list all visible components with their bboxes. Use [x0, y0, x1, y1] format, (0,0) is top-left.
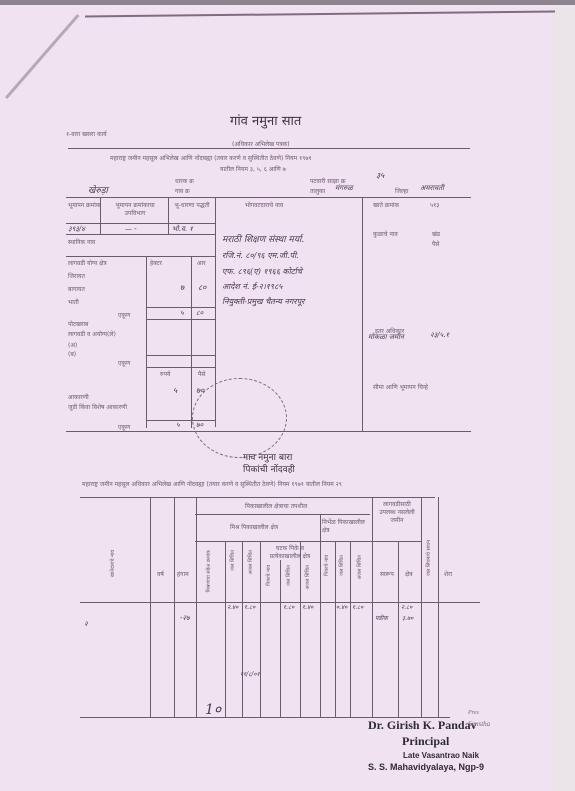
- area-row-1: जिरायत: [68, 272, 85, 280]
- account-no-value: ५१३: [430, 201, 439, 209]
- village-label: गाव क्र: [175, 187, 190, 195]
- left-label: १-वारा खसरा कार्य: [66, 130, 107, 138]
- grid-line: [350, 541, 351, 717]
- other-rights-value: मोकळा जमीन: [368, 333, 404, 342]
- page-fold: [5, 14, 79, 99]
- total-label: एकूण: [118, 311, 130, 319]
- occupant-header: भोगवटदाराचे नाव: [245, 201, 283, 209]
- subdivision-header: भूमापन क्रमांकाचा उपविभाग: [105, 201, 165, 217]
- row-note: २: [84, 620, 88, 629]
- page-edge: [553, 0, 575, 791]
- other-rights-fraction: २३/५.१: [430, 331, 449, 340]
- kh-label: खंड: [432, 230, 440, 238]
- rupees-label: रुपये: [160, 370, 170, 378]
- scanned-document: गांव नमुना सात १-वारा खसरा कार्य (अधिकार…: [0, 0, 575, 791]
- grid-line: [150, 497, 151, 717]
- area-header: लागवडी योग्य क्षेत्र: [68, 259, 107, 267]
- grid-line: [242, 541, 243, 717]
- row-v3: १.८०: [283, 603, 294, 611]
- grid-line: [421, 497, 422, 717]
- col-area: क्षेत्र: [405, 570, 413, 578]
- total-ha: ५: [180, 309, 184, 318]
- col-unirrigated-2: अजल सिंचित: [305, 565, 311, 590]
- occupant-line-3: एफ. ८९६(ए) १९६६ कोर्टाचे: [222, 266, 302, 277]
- signatory-title: Principal: [402, 734, 449, 749]
- survey-no-header: भूमापन क्रमांक: [68, 201, 100, 209]
- section7-top-rule: [66, 197, 471, 198]
- pot-kharab-b: (ब): [68, 350, 76, 358]
- occupant-line-4: आदेश नं. ई-२।१९८५: [222, 281, 282, 292]
- handwriting-mark: 1०: [205, 700, 221, 719]
- grid-line: [168, 197, 169, 234]
- final-total-rs: ५: [176, 421, 180, 430]
- taluka-value: मंगरुळ: [335, 184, 353, 193]
- grid-line: [362, 197, 363, 432]
- grid-line: [146, 307, 216, 308]
- section12-rule-line: महाराष्ट्र जमीन महसूल अधिकार अभिलेख आणि …: [82, 480, 342, 488]
- khata-label: धारक क्र: [175, 177, 194, 185]
- official-stamp: [192, 378, 287, 458]
- grid-line: [174, 497, 175, 717]
- district-value: अमरावती: [420, 184, 444, 193]
- taluka-label: तालुका: [310, 187, 325, 195]
- col-season: हंगाम: [177, 570, 189, 578]
- org-line-1: Late Vasantrao Naik: [403, 751, 479, 760]
- col-unirrigated-1: अजल सिंचित: [248, 550, 254, 575]
- row-v5: ०.४०: [336, 603, 347, 611]
- occupant-line-2: रजि.नं. ८०/९६ एम.जी.पी.: [222, 250, 299, 261]
- grid-line: [225, 541, 226, 717]
- grid-line: [335, 541, 336, 717]
- footnote-date: ११/८/०१: [240, 670, 260, 678]
- org-line-2: S. S. Mahavidyalaya, Ngp-9: [368, 762, 484, 772]
- area-ha-value: ७: [180, 282, 184, 293]
- col-nature: स्वरूप: [380, 570, 394, 578]
- pure-header: निर्भेळ पिकाखालील क्षेत्र: [322, 518, 370, 534]
- col-mix-code: मिश्रणाचा संकेत क्रमांक: [206, 550, 212, 592]
- uncult-header: लागवडीसाठी उपलब्ध नसलेली जमीन: [375, 500, 419, 524]
- tenant-label: कुळाचे नाव: [373, 230, 398, 238]
- row-v6: १.८०: [352, 603, 363, 611]
- signatory-name: Dr. Girish K. Pandav: [368, 718, 477, 733]
- overflow-prefix: Pres: [468, 710, 479, 716]
- col-remarks: शेरा: [444, 570, 452, 578]
- section12-top-rule: [80, 497, 435, 498]
- col-crop-1: पिकाचे नाव: [266, 565, 272, 586]
- pot-kharab-a: (अ): [68, 341, 77, 349]
- area-row-3: भाती: [68, 298, 79, 306]
- col-crop-2: पिकाचे नाव: [324, 555, 330, 576]
- grid-line: [300, 541, 301, 717]
- row-v2: १.८०: [244, 603, 255, 611]
- grid-line: [146, 256, 147, 428]
- row-nature: पडीक: [375, 614, 388, 622]
- top-rule: [85, 11, 555, 18]
- grid-line: [195, 514, 370, 515]
- pot-kharab-label: पोटखराब: [68, 320, 88, 328]
- grid-line: [191, 256, 192, 428]
- tenure-header: भू-धारणा पद्धती: [172, 201, 212, 209]
- component-header: घटक पिके व प्रत्येकाखालील क्षेत्र: [262, 544, 318, 560]
- rule-line-2: यातील नियम ३, ५, ६ आणि ७: [220, 165, 286, 173]
- rule-line-1: महाराष्ट्र जमीन महसूल अभिलेख आणि नोंदवह्…: [110, 154, 312, 162]
- grid-line: [146, 319, 216, 320]
- pot-kharab-sub: लागवडी व अयोग्य(ले): [68, 330, 116, 338]
- col-year: वर्ष: [157, 570, 164, 578]
- paise-label: पैसे: [198, 370, 205, 378]
- grid-line: [438, 497, 439, 717]
- survey-no-value: ३९३/४: [68, 225, 85, 234]
- assessment-label: आकारणी: [68, 393, 89, 401]
- grid-line: [398, 541, 399, 717]
- total-label-3: एकूण: [118, 423, 130, 431]
- grid-line: [146, 367, 216, 368]
- col-irrigated-3: जल सिंचित: [339, 555, 345, 576]
- subtitle: (अधिकार अभिलेख पत्रक): [232, 140, 290, 148]
- occupant-line-5: नियुक्ती-प्रमुख चैतन्य नगरपूर: [222, 296, 304, 307]
- district-label: जिल्हा: [395, 187, 408, 195]
- grid-line: [66, 256, 216, 257]
- kh-paise: पैसे: [432, 240, 439, 248]
- village-name: खेरुड़ा: [88, 183, 108, 196]
- col-irrigation-source: जल सिंचनाचे साधन: [426, 540, 432, 576]
- row-v7: २.८०: [401, 603, 412, 611]
- form-title: गांव नमुना सात: [230, 111, 301, 129]
- col-irrigated-2: जल सिंचित: [286, 565, 292, 586]
- overflow-text: Sanstha: [468, 720, 490, 728]
- special-assessment-label: जुडी किंवा विशेष आकारणी: [68, 403, 127, 411]
- grid-line: [372, 497, 373, 717]
- grid-line: [196, 497, 197, 717]
- boundary-label: सीमा आणि भूमापन चिन्हे: [373, 383, 428, 391]
- header-rule: [68, 148, 470, 149]
- tenure-value: भो.व. १: [172, 225, 193, 234]
- area-row-2: बागायत: [68, 285, 85, 293]
- hectare-label: हेक्टर: [150, 259, 162, 267]
- grid-line: [66, 223, 216, 224]
- col-irrigated-1: जल सिंचित: [230, 550, 236, 571]
- are-label: आर: [197, 259, 206, 267]
- group-header: पिकाखालील क्षेत्राचा तपशील: [245, 502, 307, 510]
- local-name-label: स्थानिक नाव: [68, 238, 95, 246]
- scanner-top-edge: [0, 0, 575, 5]
- area-are-value: ८०: [198, 282, 206, 293]
- mixed-header: मिश्र पिकाखालील क्षेत्र: [230, 523, 278, 531]
- total-are: ८०: [196, 309, 203, 318]
- row-v4: १.४०: [302, 603, 313, 611]
- grid-line: [66, 234, 216, 235]
- total-label-2: एकूण: [118, 359, 130, 367]
- row-v1: २.४०: [227, 603, 238, 611]
- subdivision-value: — -: [125, 225, 137, 233]
- grid-line: [320, 514, 321, 717]
- grid-line: [280, 560, 281, 717]
- occupant-line-1: मराठी शिक्षण संस्था मर्या.: [222, 232, 304, 245]
- row-area: ३.७०: [402, 614, 413, 622]
- assessment-rs: ५: [173, 385, 177, 396]
- account-no-label: खाते क्रमांक: [373, 201, 399, 209]
- section12-subtitle: पिकांची नोंदवही: [243, 462, 295, 475]
- patwari-value: ३५: [376, 170, 384, 181]
- first-col-header: खातेदाराचे नाव: [110, 550, 116, 577]
- grid-line: [195, 541, 422, 542]
- col-unirrigated-3: अजल सिंचित: [357, 555, 363, 580]
- grid-line: [260, 541, 261, 717]
- grid-line: [146, 355, 216, 356]
- row-season: -२७: [180, 614, 190, 623]
